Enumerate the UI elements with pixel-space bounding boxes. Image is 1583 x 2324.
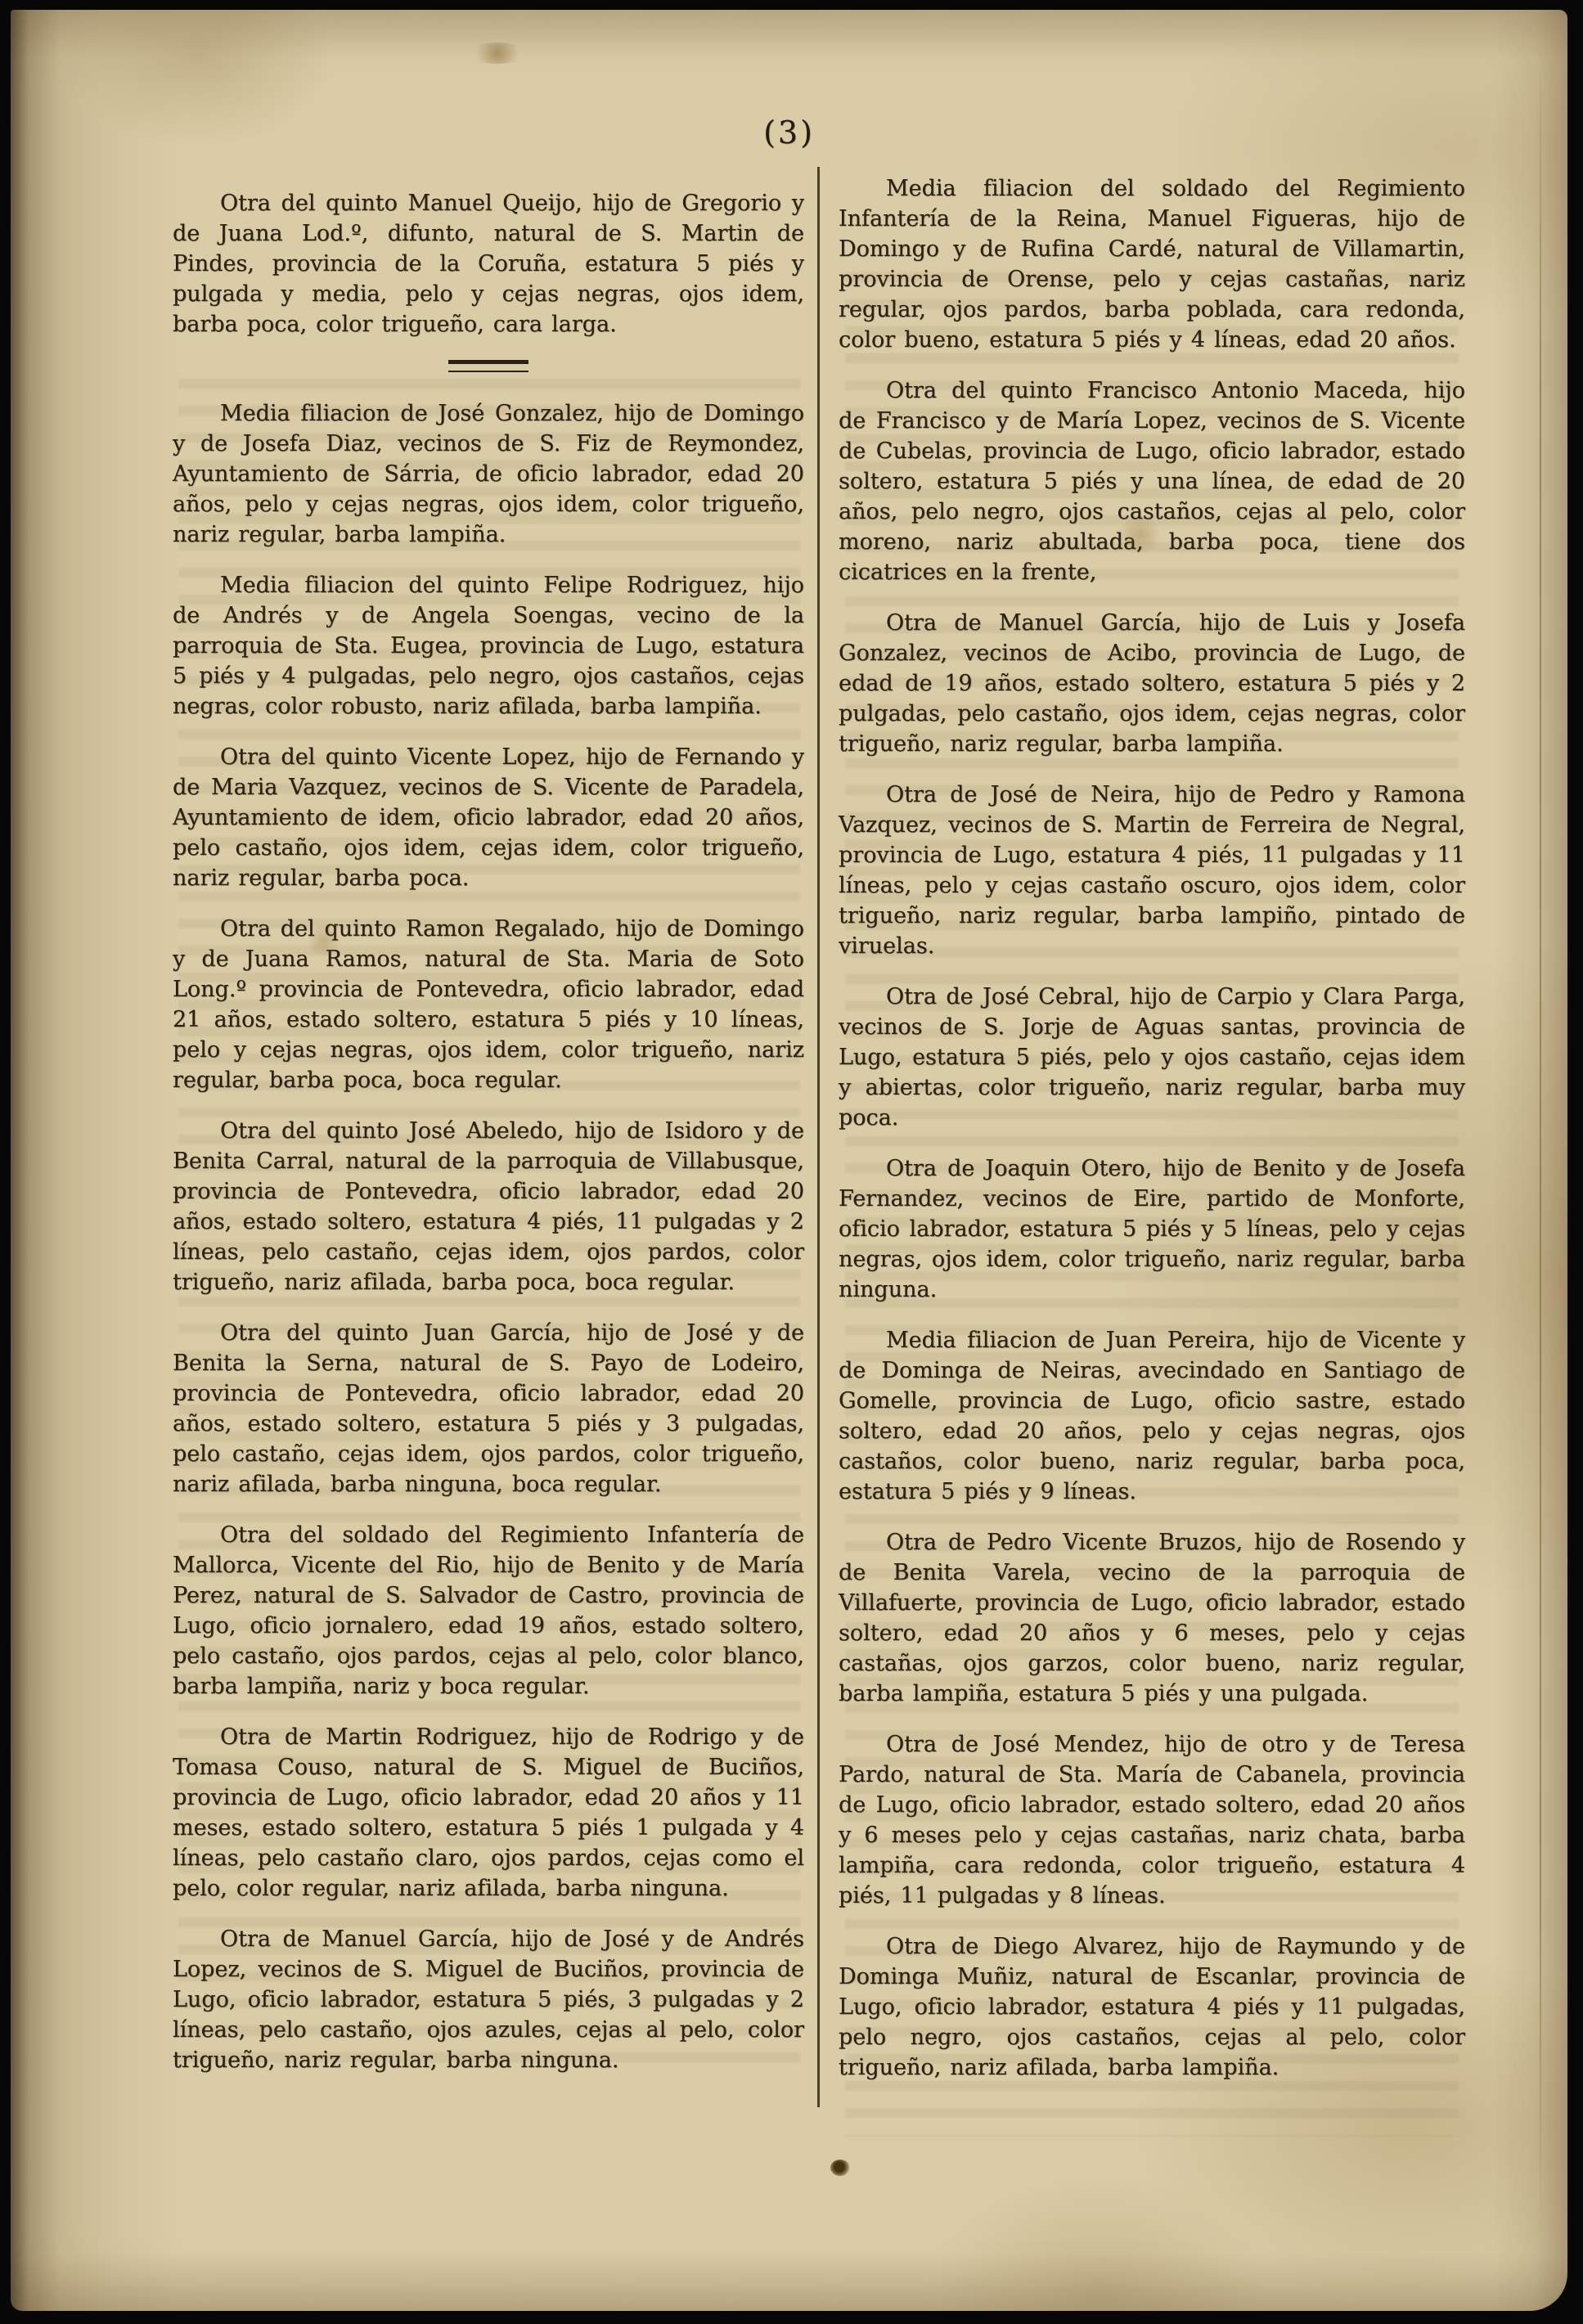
filiation-entry: Media filiacion del quinto Felipe Rodrig… <box>173 570 804 721</box>
filiation-entry: Otra del quinto Vicente Lopez, hijo de F… <box>173 742 804 893</box>
filiation-entry: Media filiacion de Juan Pereira, hijo de… <box>839 1325 1465 1507</box>
filiation-entry: Otra del quinto Manuel Queijo, hijo de G… <box>173 188 804 339</box>
filiation-entry: Otra de Diego Alvarez, hijo de Raymundo … <box>839 1931 1465 2083</box>
right-column: Media filiacion del soldado del Regimien… <box>839 173 1465 2103</box>
page-edge-crease <box>1540 59 1541 2213</box>
filiation-entry: Otra de Pedro Vicente Bruzos, hijo de Ro… <box>839 1527 1465 1709</box>
ink-spot <box>830 2160 850 2176</box>
filiation-entry: Otra del quinto José Abeledo, hijo de Is… <box>173 1116 804 1297</box>
filiation-entry: Otra de Joaquin Otero, hijo de Benito y … <box>839 1153 1465 1305</box>
filiation-entry: Otra de José de Neira, hijo de Pedro y R… <box>839 780 1465 961</box>
section-divider-ornament <box>448 360 528 372</box>
page-number: (3) <box>11 115 1567 151</box>
filiation-entry: Otra del quinto Juan García, hijo de Jos… <box>173 1318 804 1499</box>
left-column: Otra del quinto Manuel Queijo, hijo de G… <box>173 188 804 2096</box>
filiation-entry: Otra de Manuel García, hijo de José y de… <box>173 1924 804 2075</box>
scanned-document-page: { "document": { "page_number": "(3)", "a… <box>0 0 1583 2324</box>
column-divider-rule <box>817 167 820 2107</box>
filiation-entry: Otra del quinto Francisco Antonio Maceda… <box>839 375 1465 587</box>
paper-page: (3) Otra del quinto Manuel Queijo, hijo … <box>11 10 1567 2311</box>
filiation-entry: Otra del soldado del Regimiento Infanter… <box>173 1520 804 1701</box>
filiation-entry: Otra de José Cebral, hijo de Carpio y Cl… <box>839 982 1465 1133</box>
foxing-stain <box>469 43 526 64</box>
filiation-entry: Otra de José Mendez, hijo de otro y de T… <box>839 1729 1465 1911</box>
filiation-entry: Otra de Manuel García, hijo de Luis y Jo… <box>839 608 1465 759</box>
filiation-entry: Media filiacion de José Gonzalez, hijo d… <box>173 398 804 550</box>
filiation-entry: Otra de Martin Rodriguez, hijo de Rodrig… <box>173 1722 804 1904</box>
filiation-entry: Otra del quinto Ramon Regalado, hijo de … <box>173 914 804 1095</box>
filiation-entry: Media filiacion del soldado del Regimien… <box>839 173 1465 355</box>
